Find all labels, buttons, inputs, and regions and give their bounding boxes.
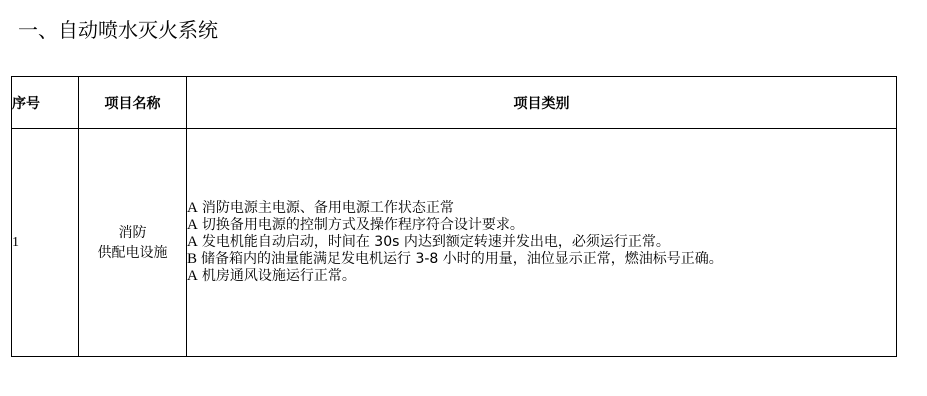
- grade-label: A: [187, 217, 198, 233]
- requirement-item: A切换备用电源的控制方式及操作程序符合设计要求。: [187, 217, 896, 234]
- section-title: 一、自动喷水灭火系统: [18, 14, 218, 43]
- grade-label: A: [187, 200, 198, 216]
- serial-no-cell: 1: [12, 129, 79, 357]
- item-name-cell: 消防 供配电设施: [79, 129, 187, 357]
- table-header-row: 序号 项目名称 项目类别: [12, 77, 897, 129]
- requirement-item: A机房通风设施运行正常。: [187, 268, 896, 285]
- header-item-category: 项目类别: [187, 77, 897, 129]
- table-row: 1 消防 供配电设施 A消防电源主电源、备用电源工作状态正常 A切换备用电源的控…: [12, 129, 897, 357]
- requirement-text: 发电机能自动启动，时间在 30s 内达到额定转速并发出电，必须运行正常。: [202, 234, 670, 250]
- item-name-line1: 消防: [119, 225, 147, 241]
- header-item-name: 项目名称: [79, 77, 187, 129]
- inspection-table: 序号 项目名称 项目类别 1 消防 供配电设施 A消防电源主电源、备用电源工作状…: [11, 76, 897, 357]
- requirement-item: A发电机能自动启动，时间在 30s 内达到额定转速并发出电，必须运行正常。: [187, 234, 896, 251]
- requirement-text: 机房通风设施运行正常。: [202, 268, 356, 284]
- requirement-item: A消防电源主电源、备用电源工作状态正常: [187, 200, 896, 217]
- grade-label: B: [187, 251, 197, 267]
- requirement-text: 切换备用电源的控制方式及操作程序符合设计要求。: [202, 217, 524, 233]
- requirement-item: B储备箱内的油量能满足发电机运行 3-8 小时的用量，油位显示正常，燃油标号正确…: [187, 251, 896, 268]
- grade-label: A: [187, 268, 198, 284]
- grade-label: A: [187, 234, 198, 250]
- item-category-cell: A消防电源主电源、备用电源工作状态正常 A切换备用电源的控制方式及操作程序符合设…: [187, 129, 897, 357]
- requirement-text: 储备箱内的油量能满足发电机运行 3-8 小时的用量，油位显示正常，燃油标号正确。: [201, 251, 723, 267]
- requirement-text: 消防电源主电源、备用电源工作状态正常: [202, 200, 454, 216]
- item-name-line2: 供配电设施: [98, 245, 168, 261]
- header-serial-no: 序号: [12, 77, 79, 129]
